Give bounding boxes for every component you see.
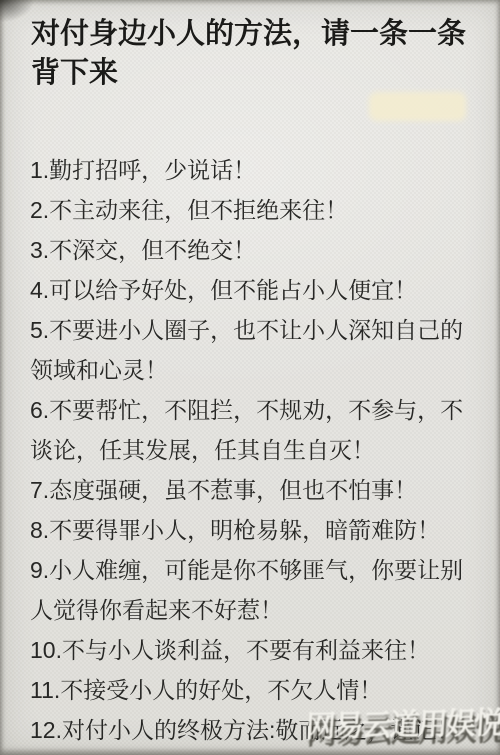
page-root: 对付身边小人的方法，请一条一条背下来 1.勤打招呼，少说话！2.不主动来往，但不… [0, 0, 500, 755]
list-item: 8.不要得罪小人，明枪易躲，暗箭难防！ [30, 510, 476, 550]
list-item: 2.不主动来往，但不拒绝来往！ [30, 190, 476, 230]
list-item: 4.可以给予好处，但不能占小人便宜！ [30, 270, 476, 310]
tips-list: 1.勤打招呼，少说话！2.不主动来往，但不拒绝来往！3.不深交，但不绝交！4.可… [0, 150, 500, 750]
page-title: 对付身边小人的方法，请一条一条背下来 [0, 0, 500, 93]
list-item: 10.不与小人谈利益，不要有利益来往！ [30, 630, 476, 670]
list-item: 3.不深交，但不绝交！ [30, 230, 476, 270]
list-item: 1.勤打招呼，少说话！ [30, 150, 476, 190]
watermark-text: 网易云道用娱悦 [305, 698, 500, 746]
highlight-smudge [369, 92, 466, 121]
list-item: 5.不要进小人圈子，也不让小人深知自己的领域和心灵！ [30, 310, 476, 390]
list-item: 9.小人难缠，可能是你不够匪气，你要让别人觉得你看起来不好惹！ [30, 550, 476, 630]
list-item: 7.态度强硬，虽不惹事，但也不怕事！ [30, 470, 476, 510]
list-item: 6.不要帮忙，不阻拦，不规劝，不参与，不谈论，任其发展，任其自生自灭！ [30, 390, 476, 470]
